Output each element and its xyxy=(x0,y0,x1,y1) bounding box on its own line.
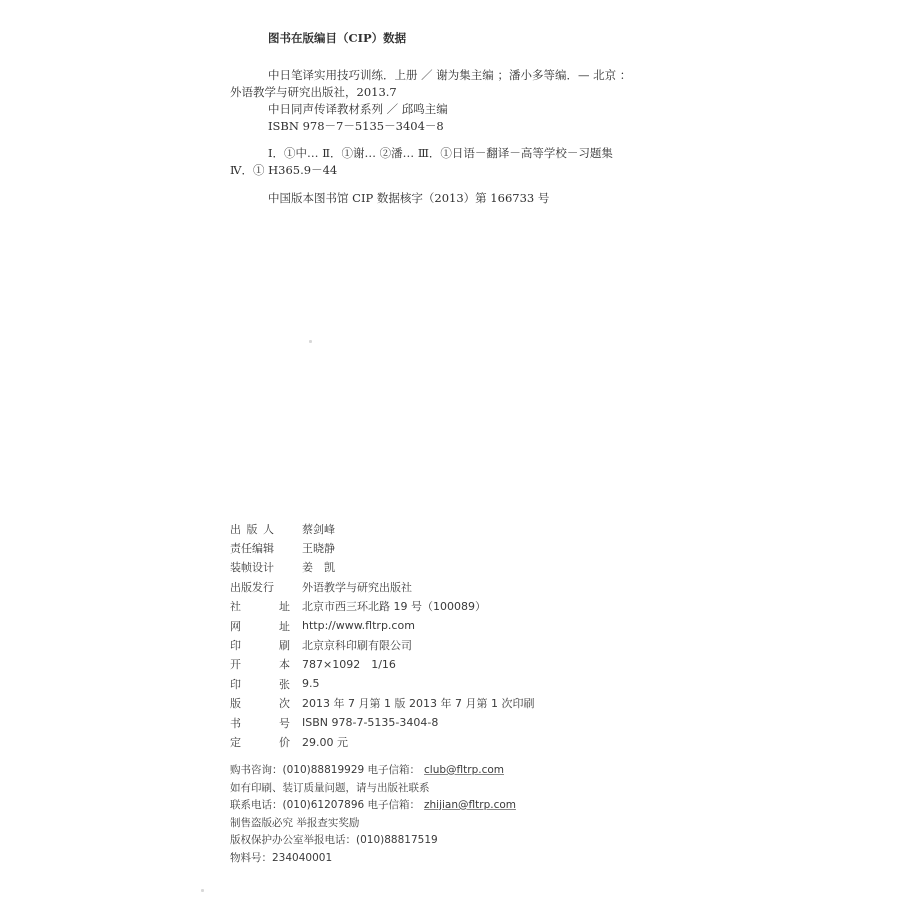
colophon-row-isbn: 书号 ISBN 978-7-5135-3404-8 xyxy=(230,713,534,732)
colophon-label: 出版人 xyxy=(230,521,274,537)
quality-note: 如有印刷、装订质量问题，请与出版社联系 xyxy=(230,779,516,797)
colophon-value: 北京京科印刷有限公司 xyxy=(302,637,412,653)
material-number: 物料号：234040001 xyxy=(230,849,516,867)
colophon-value: 姜 凯 xyxy=(302,559,335,575)
colophon-row-distribution: 出版发行 外语教学与研究出版社 xyxy=(230,577,534,596)
contact-email-link[interactable]: zhijian@fltrp.com xyxy=(424,799,516,811)
purchase-inquiry-line: 购书咨询：(010)88819929 电子信箱：club@fltrp.com xyxy=(230,761,516,779)
colophon-label: 印刷 xyxy=(230,637,290,653)
colophon-label: 定价 xyxy=(230,734,290,750)
cip-book-title-line: 中日笔译实用技巧训练．上册 ／ 谢为集主编 ；潘小多等编．— 北京 ： xyxy=(268,67,631,84)
colophon-value: 蔡剑峰 xyxy=(302,521,335,537)
scan-speck xyxy=(201,889,204,892)
colophon-table: 出版人 蔡剑峰 责任编辑 王晓静 装帧设计 姜 凯 出版发行 外语教学与研究出版… xyxy=(230,519,534,752)
colophon-value: 北京市西三环北路 19 号（100089） xyxy=(302,598,486,614)
colophon-label: 出版发行 xyxy=(230,579,302,595)
colophon-value: 王晓静 xyxy=(302,540,335,556)
cip-classification-line: Ⅳ．① H365.9－44 xyxy=(230,162,337,179)
cip-publisher-line: 外语教学与研究出版社，2013.7 xyxy=(230,84,397,101)
cip-title: 图书在版编目（CIP）数据 xyxy=(268,30,406,47)
cip-series-line: 中日同声传译教材系列 ／ 邱鸣主编 xyxy=(268,101,448,118)
colophon-label: 开本 xyxy=(230,656,290,672)
colophon-value: 787×1092 1/16 xyxy=(302,656,396,672)
colophon-row-edition: 版次 2013 年 7 月第 1 版 2013 年 7 月第 1 次印刷 xyxy=(230,694,534,713)
colophon-row-sheets: 印张 9.5 xyxy=(230,674,534,693)
copyright-office-phone: 版权保护办公室举报电话：(010)88817519 xyxy=(230,831,516,849)
colophon-value: 外语教学与研究出版社 xyxy=(302,579,412,595)
colophon-label: 书号 xyxy=(230,715,290,731)
colophon-value: 9.5 xyxy=(302,677,320,690)
colophon-label: 社址 xyxy=(230,598,290,614)
piracy-note: 制售盗版必究 举报查实奖励 xyxy=(230,814,516,832)
cip-record-number: 中国版本图书馆 CIP 数据核字（2013）第 166733 号 xyxy=(268,190,549,207)
colophon-value: 2013 年 7 月第 1 版 2013 年 7 月第 1 次印刷 xyxy=(302,695,534,711)
colophon-label: 网址 xyxy=(230,618,290,634)
colophon-value: 29.00 元 xyxy=(302,734,348,750)
contact-phone-text: 联系电话：(010)61207896 电子信箱： xyxy=(230,797,420,812)
colophon-label: 印张 xyxy=(230,676,290,692)
cip-isbn-line: ISBN 978－7－5135－3404－8 xyxy=(268,118,444,135)
cip-subject-line: Ⅰ．①中… Ⅱ．①谢… ②潘… Ⅲ．①日语－翻译－高等学校－习题集 xyxy=(268,145,613,162)
colophon-label: 责任编辑 xyxy=(230,540,302,556)
colophon-label: 装帧设计 xyxy=(230,559,302,575)
colophon-label: 版次 xyxy=(230,695,290,711)
colophon-row-printer: 印刷 北京京科印刷有限公司 xyxy=(230,635,534,654)
colophon-row-website: 网址 http://www.fltrp.com xyxy=(230,616,534,635)
website-link[interactable]: http://www.fltrp.com xyxy=(302,619,415,632)
colophon-row-price: 定价 29.00 元 xyxy=(230,732,534,751)
colophon-row-publisher: 出版人 蔡剑峰 xyxy=(230,519,534,538)
colophon-value: ISBN 978-7-5135-3404-8 xyxy=(302,716,438,729)
colophon-row-format: 开本 787×1092 1/16 xyxy=(230,655,534,674)
purchase-email-link[interactable]: club@fltrp.com xyxy=(424,764,504,776)
colophon-row-design: 装帧设计 姜 凯 xyxy=(230,558,534,577)
scan-speck xyxy=(309,340,312,343)
purchase-inquiry-text: 购书咨询：(010)88819929 电子信箱： xyxy=(230,762,420,777)
contact-phone-line: 联系电话：(010)61207896 电子信箱：zhijian@fltrp.co… xyxy=(230,796,516,814)
colophon-row-editor: 责任编辑 王晓静 xyxy=(230,538,534,557)
colophon-row-address: 社址 北京市西三环北路 19 号（100089） xyxy=(230,597,534,616)
contact-block: 购书咨询：(010)88819929 电子信箱：club@fltrp.com 如… xyxy=(230,761,516,866)
